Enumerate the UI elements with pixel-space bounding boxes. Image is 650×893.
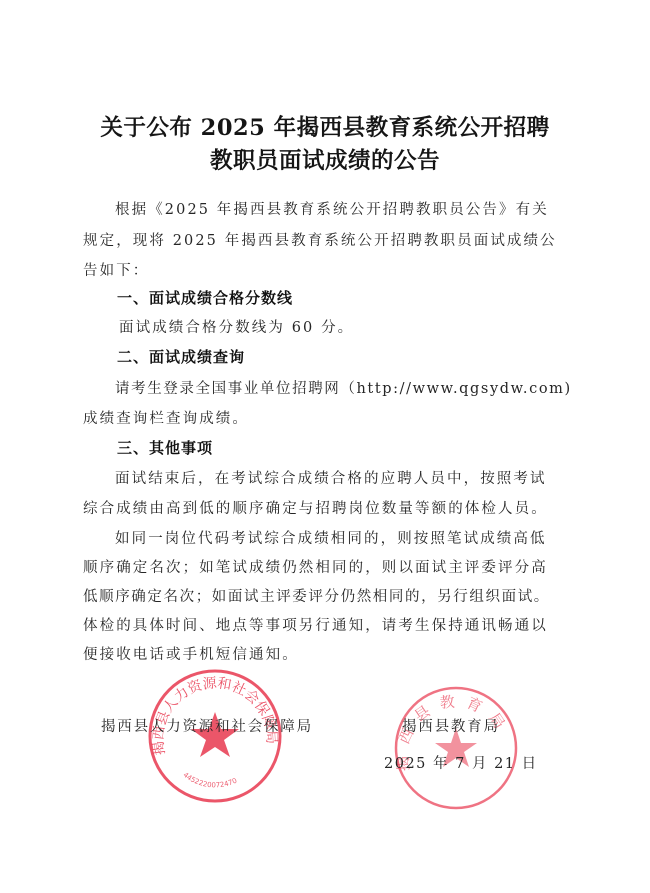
section-3-line-2: 综合成绩由高到低的顺序确定与招聘岗位数量等额的体检人员。 [83, 497, 548, 518]
section-3-line-5: 低顺序确定名次；如面试主评委评分仍然相同的，另行组织面试。 [83, 585, 550, 606]
education-bureau-seal-icon: 揭西县教育局 [392, 684, 520, 812]
intro-line-1: 根据《2025 年揭西县教育系统公开招聘教职员公告》有关 [115, 198, 549, 219]
document-title-line-1: 关于公布 2025 年揭西县教育系统公开招聘 [0, 110, 650, 142]
section-3-line-7: 便接收电话或手机短信通知。 [83, 643, 299, 664]
section-1-line-1: 面试成绩合格分数线为 60 分。 [119, 316, 354, 337]
intro-line-3: 告如下： [83, 259, 149, 280]
hr-bureau-seal-icon: 揭西县人力资源和社会保障局 4452220072470 [146, 667, 284, 805]
section-3-line-3: 如同一岗位代码考试综合成绩相同的，则按照笔试成绩高低 [115, 527, 547, 548]
section-heading-1: 一、面试成绩合格分数线 [117, 287, 293, 308]
signature-education-bureau: 揭西县教育局 [402, 715, 500, 736]
section-2-line-2: 成绩查询栏查询成绩。 [83, 407, 249, 428]
section-3-line-4: 顺序确定名次；如笔试成绩仍然相同的，则以面试主评委评分高 [83, 556, 548, 577]
intro-line-2: 规定，现将 2025 年揭西县教育系统公开招聘教职员面试成绩公 [83, 229, 557, 250]
svg-text:4452220072470: 4452220072470 [182, 771, 239, 790]
document-title-line-2: 教职员面试成绩的公告 [0, 143, 650, 175]
section-3-line-1: 面试结束后，在考试综合成绩合格的应聘人员中，按照考试 [115, 467, 547, 488]
section-heading-2: 二、面试成绩查询 [117, 346, 245, 367]
section-2-line-1: 请考生登录全国事业单位招聘网（http://www.qgsydw.com) [115, 377, 572, 398]
signature-hr-bureau: 揭西县人力资源和社会保障局 [101, 715, 313, 736]
section-heading-3: 三、其他事项 [117, 437, 213, 458]
section-3-line-6: 体检的具体时间、地点等事项另行通知，请考生保持通讯畅通以 [83, 614, 548, 635]
document-date: 2025 年 7 月 21 日 [384, 752, 538, 773]
